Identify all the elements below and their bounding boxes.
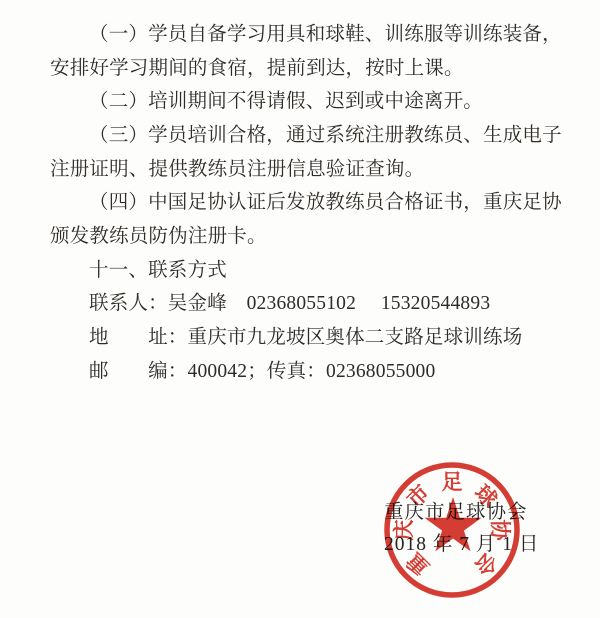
star-icon bbox=[425, 497, 482, 551]
seal-char-4: 足 bbox=[442, 470, 463, 494]
paragraph-2: （二）培训期间不得请假、迟到或中途离开。 bbox=[50, 85, 562, 119]
document-page: （一）学员自备学习用具和球鞋、训练服等训练装备， 安排好学习期间的食宿，提前到达… bbox=[0, 0, 600, 618]
contact-person-line: 联系人：吴金峰 02368055102 15320544893 bbox=[50, 287, 562, 321]
seal-char-6: 协 bbox=[488, 520, 512, 542]
document-body: （一）学员自备学习用具和球鞋、训练服等训练装备， 安排好学习期间的食宿，提前到达… bbox=[50, 18, 562, 388]
paragraph-3-line-2: 注册证明、提供教练员注册信息验证查询。 bbox=[50, 153, 562, 187]
contact-postal-fax-line: 邮 编：400042；传真：02368055000 bbox=[50, 355, 562, 389]
official-seal-stamp: 重 庆 市 足 球 协 会 bbox=[379, 457, 525, 603]
paragraph-4-line-1: （四）中国足协认证后发放教练员合格证书，重庆足协 bbox=[50, 186, 562, 220]
paragraph-1-line-2: 安排好学习期间的食宿，提前到达，按时上课。 bbox=[50, 52, 562, 86]
section-heading-contact: 十一、联系方式 bbox=[50, 254, 562, 288]
contact-address-line: 地 址：重庆市九龙坡区奥体二支路足球训练场 bbox=[50, 321, 562, 355]
paragraph-1-line-1: （一）学员自备学习用具和球鞋、训练服等训练装备， bbox=[50, 18, 562, 52]
paragraph-3-line-1: （三）学员培训合格，通过系统注册教练员、生成电子 bbox=[50, 119, 562, 153]
paragraph-4-line-2: 颁发教练员防伪注册卡。 bbox=[50, 220, 562, 254]
seal-char-2: 庆 bbox=[392, 520, 416, 541]
